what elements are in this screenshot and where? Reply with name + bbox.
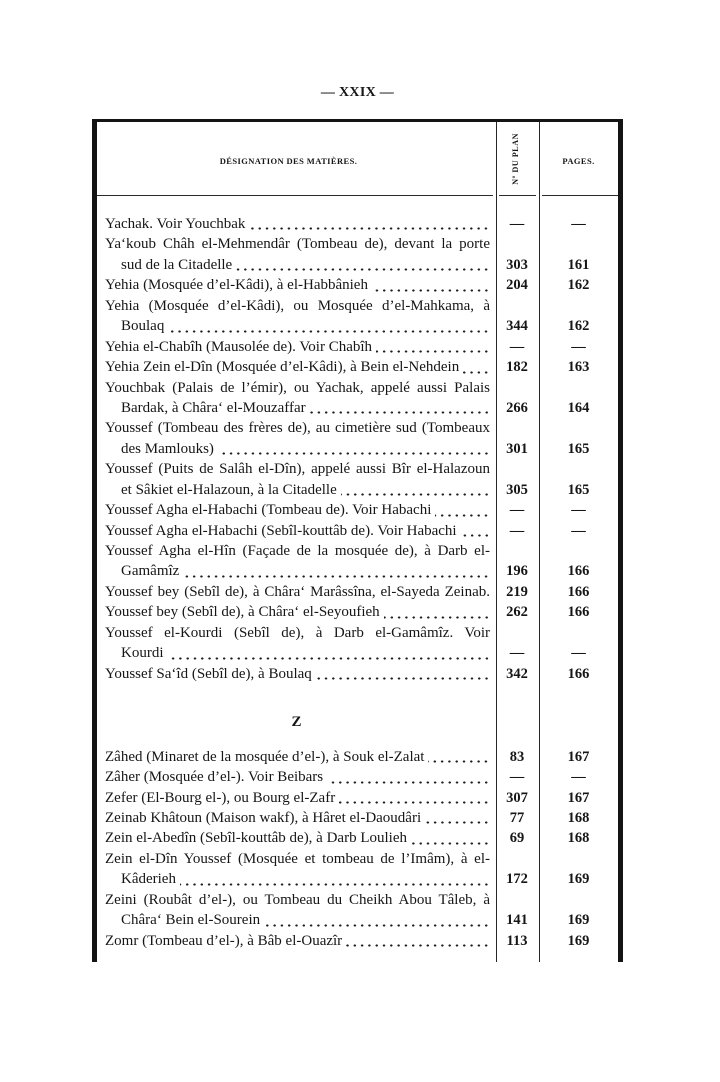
plan-number: 262: [496, 602, 539, 622]
dot-leader: [168, 316, 490, 336]
dot-leader: [316, 664, 490, 684]
dot-leader: [463, 357, 490, 377]
index-entry: Youssef (Tombeau des frères de), au cime…: [97, 418, 618, 459]
entry-line: Gamâmîz: [97, 561, 496, 581]
plan-number: 303: [496, 255, 539, 275]
entry-line: des Mamlouks): [97, 439, 496, 459]
page-number: 167: [539, 788, 618, 808]
index-entry: Youssef Sa‘îd (Sebîl de), à Boulaq342166: [97, 664, 618, 684]
dot-leader: [236, 255, 490, 275]
page-number: 165: [539, 480, 618, 500]
entry-text: Youssef Agha el-Hîn (Façade de la mosqué…: [97, 541, 496, 561]
index-entry: Yachak. Voir Youchbak——: [97, 214, 618, 234]
plan-number: 219: [496, 582, 539, 602]
index-entry: Zefer (El-Bourg el-), ou Bourg el-Zafr30…: [97, 788, 618, 808]
index-entry: Yehia Zein el-Dîn (Mosquée d’el-Kâdi), à…: [97, 357, 618, 377]
entry-text: Châra‘ Bein el-Sourein: [121, 910, 260, 930]
dot-leader: [218, 439, 490, 459]
entry-line: Kâderieh: [97, 869, 496, 889]
dot-leader: [310, 398, 490, 418]
entry-line: et Sâkiet el-Halazoun, à la Citadelle: [97, 480, 496, 500]
plan-number: 172: [496, 869, 539, 889]
header-designation: DÉSIGNATION DES MATIÈRES.: [97, 122, 496, 196]
index-section: Z Zâhed (Minaret de la mosquée d’el-), à…: [97, 712, 618, 951]
page-number-heading: — XXIX —: [92, 84, 623, 102]
entry-text: Zefer (El-Bourg el-), ou Bourg el-Zafr: [105, 788, 335, 808]
index-entry: Zâher (Mosquée d’el-). Voir Beibars——: [97, 767, 618, 787]
entry-line: Boulaq: [97, 316, 496, 336]
entry-line: Zeinab Khâtoun (Maison wakf), à Hâret el…: [97, 808, 496, 828]
index-entry: Zâhed (Minaret de la mosquée d’el-), à S…: [97, 747, 618, 767]
entry-line: Youssef Sa‘îd (Sebîl de), à Boulaq: [97, 664, 496, 684]
plan-number: 77: [496, 808, 539, 828]
entry-line: Bardak, à Châra‘ el-Mouzaffar: [97, 398, 496, 418]
index-entry: Zein el-Dîn Youssef (Mosquée et tombeau …: [97, 849, 618, 890]
plan-number: 113: [496, 931, 539, 951]
entry-text: Bardak, à Châra‘ el-Mouzaffar: [121, 398, 306, 418]
index-entry: Youssef (Puits de Salâh el-Dîn), appelé …: [97, 459, 618, 500]
page-number: 166: [539, 582, 618, 602]
entry-text: Yehia Zein el-Dîn (Mosquée d’el-Kâdi), à…: [105, 357, 459, 377]
plan-number: 141: [496, 910, 539, 930]
dot-leader: [339, 788, 490, 808]
page-number: —: [539, 767, 618, 787]
entry-line: Yehia el-Chabîh (Mausolée de). Voir Chab…: [97, 337, 496, 357]
index-entry: Ya‘koub Châh el-Mehmendâr (Tombeau de), …: [97, 234, 618, 275]
entry-text: Youssef el-Kourdi (Sebîl de), à Darb el-…: [97, 623, 496, 643]
entry-text: Youssef Agha el-Habachi (Sebîl-kouttâb d…: [105, 521, 457, 541]
table-header: DÉSIGNATION DES MATIÈRES. Nº DU PLAN PAG…: [97, 122, 618, 196]
book-page: — XXIX — DÉSIGNATION DES MATIÈRES. Nº DU…: [0, 0, 720, 1082]
header-plan-label: Nº DU PLAN: [511, 133, 520, 185]
dot-leader: [341, 480, 490, 500]
entry-text: Zeini (Roubât d’el-), ou Tombeau du Chei…: [97, 890, 496, 910]
plan-number: —: [496, 643, 539, 663]
entry-line: Yachak. Voir Youchbak: [97, 214, 496, 234]
table-body: Yachak. Voir Youchbak—— Ya‘koub Châh el-…: [97, 196, 618, 951]
entry-text: des Mamlouks): [121, 439, 214, 459]
dot-leader: [264, 910, 490, 930]
page-number: 165: [539, 439, 618, 459]
header-plan-number: Nº DU PLAN: [496, 122, 539, 196]
page-number: 162: [539, 275, 618, 295]
index-entry: Zeini (Roubât d’el-), ou Tombeau du Chei…: [97, 890, 618, 931]
index-entry: Zein el-Abedîn (Sebîl-kouttâb de), à Dar…: [97, 828, 618, 848]
plan-number: 83: [496, 747, 539, 767]
plan-number: 266: [496, 398, 539, 418]
plan-number: 342: [496, 664, 539, 684]
index-entry: Youssef bey (Sebîl de), à Châra‘ el-Seyo…: [97, 602, 618, 622]
entry-text: Zein el-Abedîn (Sebîl-kouttâb de), à Dar…: [105, 828, 407, 848]
index-entry: Zomr (Tombeau d’el-), à Bâb el-Ouazîr113…: [97, 931, 618, 951]
page-number: 168: [539, 828, 618, 848]
entry-text: Yehia (Mosquée d’el-Kâdi), ou Mosquée d’…: [97, 296, 496, 316]
page-number: 162: [539, 316, 618, 336]
plan-number: —: [496, 214, 539, 234]
entry-text: Yehia (Mosquée d’el-Kâdi), à el-Habbânie…: [105, 275, 368, 295]
entry-text: Ya‘koub Châh el-Mehmendâr (Tombeau de), …: [97, 234, 496, 254]
page-number: 169: [539, 869, 618, 889]
dot-leader: [180, 869, 490, 889]
entry-text: Youssef bey (Sebîl de), à Châra‘ Marâssî…: [97, 582, 496, 602]
header-pages-label: PAGES.: [562, 152, 594, 166]
index-entry: Yehia (Mosquée d’el-Kâdi), ou Mosquée d’…: [97, 296, 618, 337]
header-pages: PAGES.: [539, 122, 618, 196]
plan-number: 69: [496, 828, 539, 848]
plan-number: —: [496, 521, 539, 541]
plan-number: —: [496, 767, 539, 787]
entry-text: Gamâmîz: [121, 561, 179, 581]
entry-text: sud de la Citadelle: [121, 255, 232, 275]
entry-line: Youssef Agha el-Habachi (Tombeau de). Vo…: [97, 500, 496, 520]
plan-number: 204: [496, 275, 539, 295]
entry-text: Youssef Agha el-Habachi (Tombeau de). Vo…: [105, 500, 431, 520]
plan-number: —: [496, 500, 539, 520]
dot-leader: [425, 808, 490, 828]
entry-line: Yehia (Mosquée d’el-Kâdi), à el-Habbânie…: [97, 275, 496, 295]
dot-leader: [183, 561, 490, 581]
entry-text: Youchbak (Palais de l’émir), ou Yachak, …: [97, 378, 496, 398]
plan-number: 182: [496, 357, 539, 377]
dot-leader: [372, 275, 490, 295]
dot-leader: [327, 767, 490, 787]
header-designation-label: DÉSIGNATION DES MATIÈRES.: [220, 152, 373, 166]
entry-text: Youssef (Puits de Salâh el-Dîn), appelé …: [97, 459, 496, 479]
entry-text: Zeinab Khâtoun (Maison wakf), à Hâret el…: [105, 808, 421, 828]
page-number: 163: [539, 357, 618, 377]
entry-text: Zomr (Tombeau d’el-), à Bâb el-Ouazîr: [105, 931, 342, 951]
index-entry: Youssef el-Kourdi (Sebîl de), à Darb el-…: [97, 623, 618, 664]
page-number: —: [539, 337, 618, 357]
index-entry: Youssef bey (Sebîl de), à Châra‘ Marâssî…: [97, 582, 618, 602]
page-number: 166: [539, 602, 618, 622]
dot-leader: [168, 643, 491, 663]
entry-text: Kâderieh: [121, 869, 176, 889]
entry-text: Kourdi: [121, 643, 164, 663]
dot-leader: [411, 828, 490, 848]
entry-text: Zâher (Mosquée d’el-). Voir Beibars: [105, 767, 323, 787]
entry-line: Zâhed (Minaret de la mosquée d’el-), à S…: [97, 747, 496, 767]
page-number: 169: [539, 910, 618, 930]
plan-number: 301: [496, 439, 539, 459]
plan-number: 196: [496, 561, 539, 581]
entry-line: Zein el-Abedîn (Sebîl-kouttâb de), à Dar…: [97, 828, 496, 848]
entry-text: et Sâkiet el-Halazoun, à la Citadelle: [121, 480, 337, 500]
entry-text: Yachak. Voir Youchbak: [105, 214, 245, 234]
entry-line: Youssef bey (Sebîl de), à Châra‘ el-Seyo…: [97, 602, 496, 622]
page-number: 168: [539, 808, 618, 828]
index-entry: Youssef Agha el-Hîn (Façade de la mosqué…: [97, 541, 618, 582]
plan-number: —: [496, 337, 539, 357]
index-entry: Yehia el-Chabîh (Mausolée de). Voir Chab…: [97, 337, 618, 357]
entry-text: Zein el-Dîn Youssef (Mosquée et tombeau …: [97, 849, 496, 869]
dot-leader: [249, 214, 490, 234]
page-number: 166: [539, 561, 618, 581]
entry-text: Youssef Sa‘îd (Sebîl de), à Boulaq: [105, 664, 312, 684]
plan-number: 344: [496, 316, 539, 336]
dot-leader: [428, 747, 490, 767]
dot-leader: [461, 521, 490, 541]
index-section: Yachak. Voir Youchbak—— Ya‘koub Châh el-…: [97, 214, 618, 684]
section-letter-heading: Z: [97, 712, 496, 732]
index-entry: Yehia (Mosquée d’el-Kâdi), à el-Habbânie…: [97, 275, 618, 295]
entry-line: sud de la Citadelle: [97, 255, 496, 275]
index-table: DÉSIGNATION DES MATIÈRES. Nº DU PLAN PAG…: [92, 119, 623, 962]
dot-leader: [435, 500, 490, 520]
page-number: —: [539, 643, 618, 663]
page-number: 161: [539, 255, 618, 275]
page-number: 167: [539, 747, 618, 767]
page-number: —: [539, 214, 618, 234]
dot-leader: [384, 602, 490, 622]
index-entry: Youssef Agha el-Habachi (Sebîl-kouttâb d…: [97, 521, 618, 541]
page-number: 164: [539, 398, 618, 418]
table-border-right: [618, 119, 623, 962]
entry-line: Châra‘ Bein el-Sourein: [97, 910, 496, 930]
index-entry: Youchbak (Palais de l’émir), ou Yachak, …: [97, 378, 618, 419]
entry-text: Yehia el-Chabîh (Mausolée de). Voir Chab…: [105, 337, 372, 357]
page-number: 166: [539, 664, 618, 684]
entry-text: Youssef (Tombeau des frères de), au cime…: [97, 418, 496, 438]
page-number: —: [539, 521, 618, 541]
page-number: —: [539, 500, 618, 520]
entry-text: Youssef bey (Sebîl de), à Châra‘ el-Seyo…: [105, 602, 380, 622]
entry-line: Kourdi: [97, 643, 496, 663]
dot-leader: [346, 931, 490, 951]
plan-number: 307: [496, 788, 539, 808]
dot-leader: [376, 337, 490, 357]
entry-line: Zâher (Mosquée d’el-). Voir Beibars: [97, 767, 496, 787]
entry-line: Yehia Zein el-Dîn (Mosquée d’el-Kâdi), à…: [97, 357, 496, 377]
entry-line: Zomr (Tombeau d’el-), à Bâb el-Ouazîr: [97, 931, 496, 951]
entry-text: Boulaq: [121, 316, 164, 336]
index-entry: Zeinab Khâtoun (Maison wakf), à Hâret el…: [97, 808, 618, 828]
plan-number: 305: [496, 480, 539, 500]
entry-line: Youssef Agha el-Habachi (Sebîl-kouttâb d…: [97, 521, 496, 541]
entry-line: Zefer (El-Bourg el-), ou Bourg el-Zafr: [97, 788, 496, 808]
entry-text: Zâhed (Minaret de la mosquée d’el-), à S…: [105, 747, 424, 767]
page-number: 169: [539, 931, 618, 951]
index-entry: Youssef Agha el-Habachi (Tombeau de). Vo…: [97, 500, 618, 520]
